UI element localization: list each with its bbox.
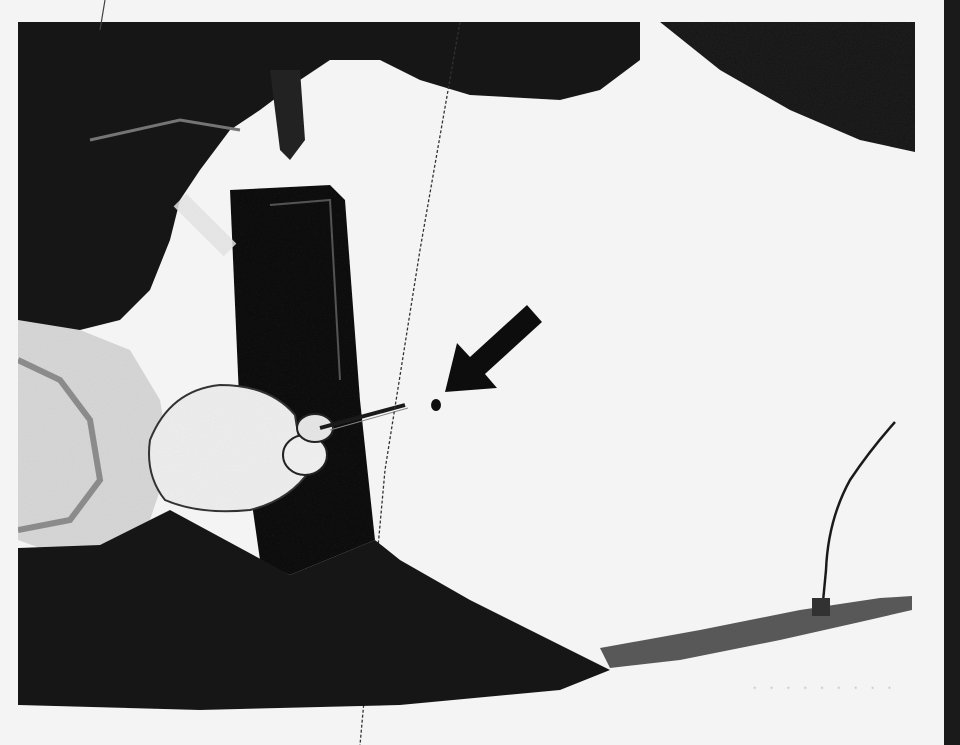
photo-caption: · · · · · · · · · [752, 684, 895, 694]
scan-edge-border [944, 0, 960, 745]
scanned-photo [0, 0, 960, 745]
target-hole [431, 399, 441, 411]
photo-illustration [0, 0, 960, 745]
